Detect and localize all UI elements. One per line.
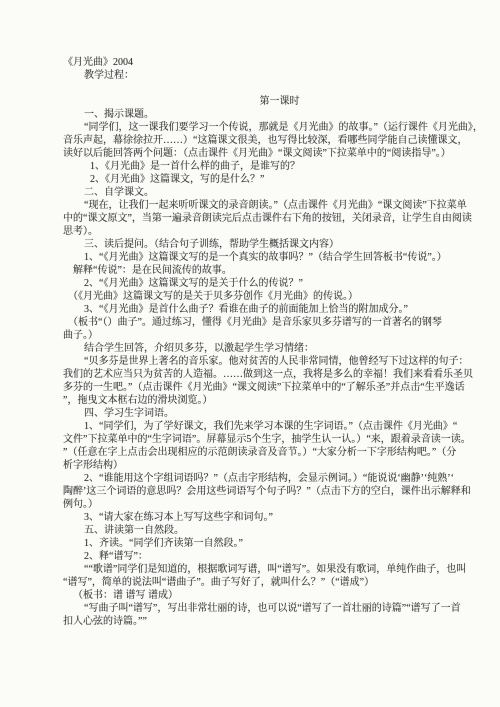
doc-line: 1、《月光曲》是一首什么样的曲子，是谁写的？ [63,160,442,173]
doc-line: 四、学习生字词语。 [63,407,442,420]
doc-title: 《月光曲》2004 [63,56,442,69]
doc-line: ”（任意在字上点击会出现相应的示范朗读录音及音节。）“大家分析一下字形结构吧。”… [63,446,442,459]
doc-line: “写曲子叫“谱写”，写出非常壮丽的诗，也可以说“谱写了一首壮丽的诗篇”“谱写了一… [63,602,442,615]
doc-line: 二、自学课文。 [63,186,442,199]
doc-line: 1、“同学们，为了学好课文，我们先来学习本课的生字词语。”（点击课件《月光曲》“ [63,420,442,433]
doc-line: “谱写”，简单的说法叫“谱曲子”。曲子写好了，就叫什么？”（“谱成”） [63,576,442,589]
doc-line: 2、《月光曲》这篇课文，写的是什么？” [63,173,442,186]
doc-line: “贝多芬是世界上著名的音乐家。他对贫苦的人民非常同情，他曾经写下过这样的句子： [63,355,442,368]
doc-line: 五、讲读第一自然段。 [63,524,442,537]
doc-line: （板书：谱 谱写 谱成） [63,589,442,602]
doc-line: （板书“（）曲子”。通过练习，懂得《月光曲》是音乐家贝多芬谱写的一首著名的钢琴 [63,316,442,329]
doc-line: 我们的艺术应当只为贫苦的人造福。……做到这一点，我将是多么的幸福！我们来看看乐圣… [63,368,442,381]
doc-line: 中的“课文原文”，当第一遍录音朗读完后点击课件右下角的按钮，关闭录音，让学生自由… [63,212,442,225]
doc-line: 2、“谁能用这个字组词语吗？”（点击字形结构，会显示例词。）“能说说‘幽静’‘纯… [63,472,442,485]
doc-line: 扣人心弦的诗篇。”” [63,615,442,628]
doc-line: ““歌谱”同学们是知道的，根据歌词写谱，叫“谱写”。如果没有歌词，单纯作曲子，也… [63,563,442,576]
document-page: 《月光曲》2004 教学过程： 第一课时 一、揭示课题。 “同学们，这一课我们要… [0,0,500,707]
doc-line: 2、“《月光曲》这篇课文写的是关于什么的传说？” [63,277,442,290]
doc-line: 结合学生回答，介绍贝多芬，以激起学生学习情绪： [63,342,442,355]
doc-line: 3、“《月光曲》是首什么曲子？看谁在曲子的前面能加上恰当的附加成分。” [63,303,442,316]
doc-line: 例句。） [63,498,442,511]
doc-line: 1、“《月光曲》这篇课文写的是一个真实的故事吗？”（结合学生回答板书“传说”。） [63,251,442,264]
doc-line: 析字形结构） [63,459,442,472]
doc-line: 3、“请大家在练习本上写写这些字和词句。” [63,511,442,524]
doc-line: 文件”下拉菜单中的“生字词语”。屏幕显示5个生字，抽学生认一认。）“来，跟着录音… [63,433,442,446]
doc-line: “同学们，这一课我们要学习一个传说，那就是《月光曲》的故事。”（运行课件《月光曲… [63,121,442,134]
doc-line: 一、揭示课题。 [63,108,442,121]
doc-line: “现在，让我们一起来听听课文的录音朗读。”（点击课件《月光曲》“课文阅读”下拉菜… [63,199,442,212]
doc-line: 三、读后提问。（结合句子训练，帮助学生概括课文内容） [63,238,442,251]
doc-line: 读好以后能回答两个问题：（点击课件《月光曲》“课文阅读”下拉菜单中的“阅读指导”… [63,147,442,160]
doc-line: 1、齐读。“同学们齐读第一自然段。” [63,537,442,550]
doc-line: 陶醉’这三个词语的意思吗？会用这些词语写个句子吗？”（点击下方的空白，课件出示解… [63,485,442,498]
doc-line: 解释“传说”：是在民间流传的故事。 [63,264,442,277]
doc-process-label: 教学过程： [63,69,442,82]
doc-line: （《月光曲》这篇课文写的是关于贝多芬创作《月光曲》的传说。） [63,290,442,303]
doc-line: 多芬的一生吧。”（点击课件《月光曲》“课文阅读”下拉菜单中的“了解乐圣”并点击“… [63,381,442,394]
session-heading: 第一课时 [63,95,442,108]
doc-line: 思考）。 [63,225,442,238]
doc-line: 曲子。） [63,329,442,342]
doc-line: ”，拖曳文本框右边的滑块浏览。） [63,394,442,407]
doc-line: 音乐声起，幕徐徐拉开……）“这篇课文很美，也写得比较深，看哪些同学能自己读懂课文… [63,134,442,147]
doc-line: 2、释“谱写”： [63,550,442,563]
